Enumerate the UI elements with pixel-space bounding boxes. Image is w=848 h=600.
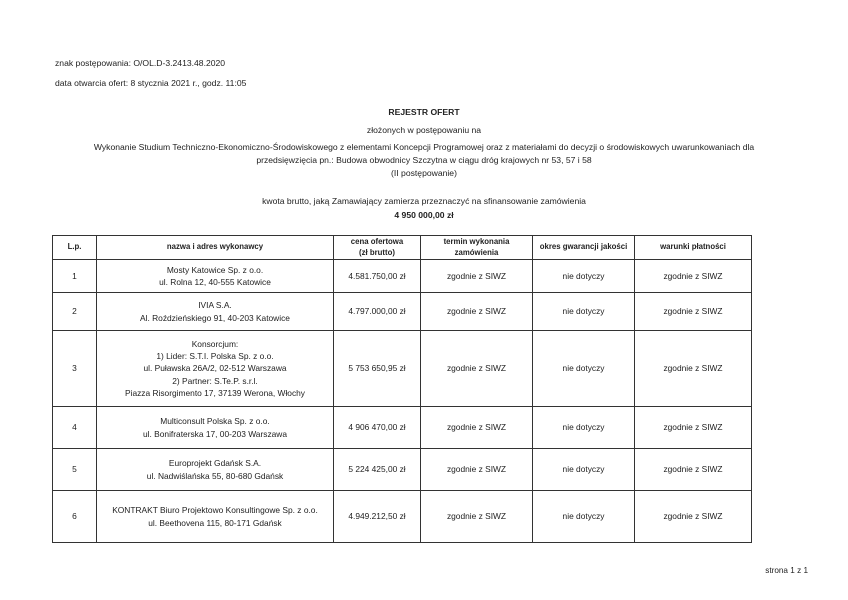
contractor-line: ul. Nadwiślańska 55, 80-680 Gdańsk xyxy=(100,470,330,482)
row-contractor: Mosty Katowice Sp. z o.o.ul. Rolna 12, 4… xyxy=(97,260,334,293)
row-warranty: nie dotyczy xyxy=(533,293,635,331)
table-row: 5Europrojekt Gdańsk S.A.ul. Nadwiślańska… xyxy=(53,449,752,491)
procurement-description-line1: Wykonanie Studium Techniczno-Ekonomiczno… xyxy=(0,142,848,152)
row-term: zgodnie z SIWZ xyxy=(421,407,533,449)
header-warranty: okres gwarancji jakości xyxy=(533,236,635,260)
contractor-line: KONTRAKT Biuro Projektowo Konsultingowe … xyxy=(100,504,330,516)
contractor-line: ul. Bonifraterska 17, 00-203 Warszawa xyxy=(100,428,330,440)
table-header-row: L.p. nazwa i adres wykonawcy cena oferto… xyxy=(53,236,752,260)
row-price: 5 753 650,95 zł xyxy=(334,331,421,407)
row-price: 4.581.750,00 zł xyxy=(334,260,421,293)
contractor-line: ul. Puławska 26A/2, 02-512 Warszawa xyxy=(100,362,330,374)
row-contractor: IVIA S.A.Al. Roździeńskiego 91, 40-203 K… xyxy=(97,293,334,331)
contractor-line: 2) Partner: S.Te.P. s.r.l. xyxy=(100,375,330,387)
contractor-line: Mosty Katowice Sp. z o.o. xyxy=(100,264,330,276)
budget-label: kwota brutto, jaką Zamawiający zamierza … xyxy=(0,196,848,206)
document-subtitle: złożonych w postępowaniu na xyxy=(0,125,848,135)
offers-register-table: L.p. nazwa i adres wykonawcy cena oferto… xyxy=(52,235,752,543)
row-term: zgodnie z SIWZ xyxy=(421,331,533,407)
row-price: 4 906 470,00 zł xyxy=(334,407,421,449)
table-row: 1Mosty Katowice Sp. z o.o.ul. Rolna 12, … xyxy=(53,260,752,293)
row-warranty: nie dotyczy xyxy=(533,407,635,449)
header-price: cena ofertowa (zł brutto) xyxy=(334,236,421,260)
row-contractor: Multiconsult Polska Sp. z o.o.ul. Bonifr… xyxy=(97,407,334,449)
row-lp: 1 xyxy=(53,260,97,293)
row-lp: 4 xyxy=(53,407,97,449)
row-payment: zgodnie z SIWZ xyxy=(635,449,752,491)
table-body: 1Mosty Katowice Sp. z o.o.ul. Rolna 12, … xyxy=(53,260,752,543)
row-term: zgodnie z SIWZ xyxy=(421,449,533,491)
case-number: znak postępowania: O/OL.D-3.2413.48.2020 xyxy=(55,58,225,68)
contractor-line: ul. Rolna 12, 40-555 Katowice xyxy=(100,276,330,288)
row-contractor: Europrojekt Gdańsk S.A.ul. Nadwiślańska … xyxy=(97,449,334,491)
table-row: 3Konsorcjum:1) Lider: S.T.I. Polska Sp. … xyxy=(53,331,752,407)
row-payment: zgodnie z SIWZ xyxy=(635,260,752,293)
table-row: 6KONTRAKT Biuro Projektowo Konsultingowe… xyxy=(53,491,752,543)
procurement-description-line2: przedsięwzięcia pn.: Budowa obwodnicy Sz… xyxy=(0,155,848,165)
document-title: REJESTR OFERT xyxy=(0,107,848,117)
row-lp: 3 xyxy=(53,331,97,407)
contractor-line: Konsorcjum: xyxy=(100,338,330,350)
row-term: zgodnie z SIWZ xyxy=(421,293,533,331)
contractor-line: ul. Beethovena 115, 80-171 Gdańsk xyxy=(100,517,330,529)
contractor-line: 1) Lider: S.T.I. Polska Sp. z o.o. xyxy=(100,350,330,362)
contractor-line: Multiconsult Polska Sp. z o.o. xyxy=(100,415,330,427)
row-warranty: nie dotyczy xyxy=(533,260,635,293)
row-payment: zgodnie z SIWZ xyxy=(635,407,752,449)
header-contractor: nazwa i adres wykonawcy xyxy=(97,236,334,260)
row-payment: zgodnie z SIWZ xyxy=(635,293,752,331)
row-payment: zgodnie z SIWZ xyxy=(635,491,752,543)
row-price: 5 224 425,00 zł xyxy=(334,449,421,491)
row-warranty: nie dotyczy xyxy=(533,491,635,543)
row-term: zgodnie z SIWZ xyxy=(421,491,533,543)
row-price: 4.797.000,00 zł xyxy=(334,293,421,331)
contractor-line: Piazza Risorgimento 17, 37139 Werona, Wł… xyxy=(100,387,330,399)
opening-date: data otwarcia ofert: 8 stycznia 2021 r.,… xyxy=(55,78,246,88)
row-price: 4.949.212,50 zł xyxy=(334,491,421,543)
contractor-line: Europrojekt Gdańsk S.A. xyxy=(100,457,330,469)
row-lp: 5 xyxy=(53,449,97,491)
row-contractor: Konsorcjum:1) Lider: S.T.I. Polska Sp. z… xyxy=(97,331,334,407)
procurement-description-line3: (II postępowanie) xyxy=(0,168,848,178)
row-lp: 6 xyxy=(53,491,97,543)
budget-amount: 4 950 000,00 zł xyxy=(0,210,848,220)
row-payment: zgodnie z SIWZ xyxy=(635,331,752,407)
row-contractor: KONTRAKT Biuro Projektowo Konsultingowe … xyxy=(97,491,334,543)
row-term: zgodnie z SIWZ xyxy=(421,260,533,293)
table-row: 4Multiconsult Polska Sp. z o.o.ul. Bonif… xyxy=(53,407,752,449)
header-lp: L.p. xyxy=(53,236,97,260)
row-warranty: nie dotyczy xyxy=(533,331,635,407)
contractor-line: Al. Roździeńskiego 91, 40-203 Katowice xyxy=(100,312,330,324)
contractor-line: IVIA S.A. xyxy=(100,299,330,311)
header-payment: warunki płatności xyxy=(635,236,752,260)
table-row: 2IVIA S.A.Al. Roździeńskiego 91, 40-203 … xyxy=(53,293,752,331)
page-number: strona 1 z 1 xyxy=(765,566,808,575)
row-lp: 2 xyxy=(53,293,97,331)
row-warranty: nie dotyczy xyxy=(533,449,635,491)
header-term: termin wykonania zamówienia xyxy=(421,236,533,260)
